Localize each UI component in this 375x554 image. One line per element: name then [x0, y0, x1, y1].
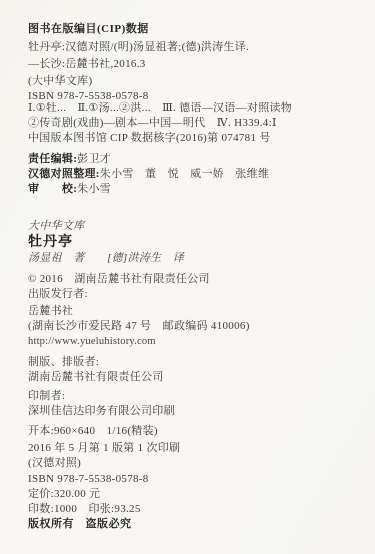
publisher-name: 岳麓书社: [28, 304, 365, 319]
staff-editor: 责任编辑:彭卫才: [28, 152, 365, 167]
printer-label: 印制者:: [28, 389, 365, 404]
staff-collator-value: 朱小雪 董 悦 威一娇 张维维: [100, 168, 270, 180]
printing-run: 印数:1000 印张:93.25: [28, 502, 365, 517]
staff-reviewer: 审 校:朱小雪: [28, 182, 365, 197]
printer-name: 深圳佳信达印务有限公司印刷: [28, 404, 365, 419]
staff-collator: 汉德对照整理:朱小雪 董 悦 威一娇 张维维: [28, 167, 365, 182]
staff-reviewer-value: 朱小雪: [77, 183, 111, 195]
staff-editor-label: 责任编辑:: [28, 153, 77, 165]
cip-header: 图书在版编目(CIP)数据: [28, 22, 365, 37]
copyright-line: © 2016 湖南岳麓书社有限责任公司: [28, 272, 365, 287]
book-title: 牡丹亭: [28, 235, 365, 250]
cip-line-series: (大中华文库): [28, 74, 365, 89]
typesetter-name: 湖南岳麓书社有限责任公司: [28, 370, 365, 385]
printing-bilingual: (汉德对照): [28, 456, 365, 471]
book-authors: 汤显祖 著 [德]洪涛生 译: [28, 251, 365, 266]
publisher-label: 出版发行者:: [28, 287, 365, 302]
copyright-page: 图书在版编目(CIP)数据 牡丹亭:汉德对照/(明)汤显祖著;(德)洪涛生译. …: [0, 0, 375, 554]
cip-line-class2: ②传奇剧(戏曲)—剧本—中国—明代 Ⅳ. H339.4:Ⅰ: [28, 116, 365, 131]
copyright-notice: 版权所有 盗版必究: [28, 517, 365, 532]
publisher-address: (湖南长沙市爱民路 47 号 邮政编码 410006): [28, 319, 365, 334]
printing-price: 定价:320.00 元: [28, 487, 365, 502]
staff-reviewer-label: 审 校:: [28, 183, 77, 195]
printing-format: 开本:960×640 1/16(精装): [28, 424, 365, 439]
cip-line-class1: Ⅰ.①牡... Ⅱ.①汤...②洪... Ⅲ. 德语—汉语—对照读物: [28, 101, 365, 116]
series-name: 大中华文库: [28, 219, 365, 234]
staff-editor-value: 彭卫才: [77, 153, 111, 165]
staff-collator-label: 汉德对照整理:: [28, 168, 100, 180]
typesetter-label: 制版、排版者:: [28, 355, 365, 370]
printing-isbn: ISBN 978-7-5538-0578-8: [28, 472, 365, 487]
cip-line-city: —长沙:岳麓书社,2016.3: [28, 57, 365, 72]
cip-line-record: 中国版本图书馆 CIP 数据核字(2016)第 074781 号: [28, 131, 365, 146]
printing-edition: 2016 年 5 月第 1 版第 1 次印刷: [28, 441, 365, 456]
publisher-url: http://www.yueluhistory.com: [28, 334, 365, 349]
cip-line-title: 牡丹亭:汉德对照/(明)汤显祖著;(德)洪涛生译.: [28, 40, 365, 55]
